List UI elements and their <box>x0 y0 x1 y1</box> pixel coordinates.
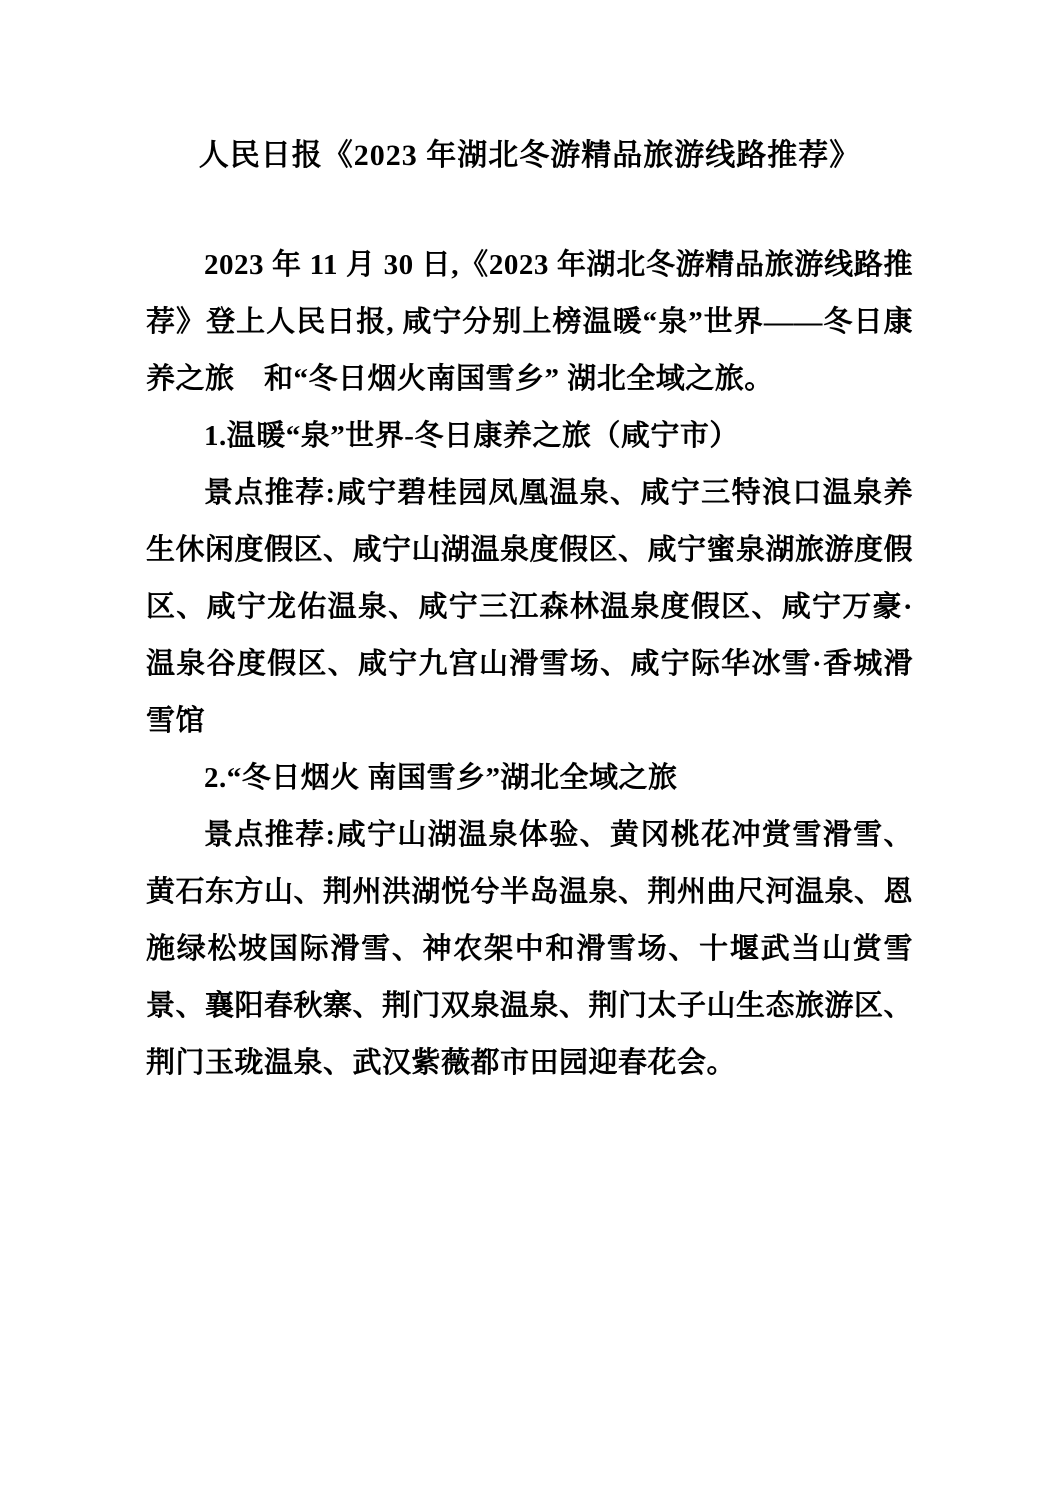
document-page: 人民日报《2023 年湖北冬游精品旅游线路推荐》 2023 年 11 月 30 … <box>0 0 1059 1497</box>
paragraph-route-1-heading: 1.温暖“泉”世界-冬日康养之旅（咸宁市） <box>146 408 913 465</box>
paragraph-route-2-heading: 2.“冬日烟火 南国雪乡”湖北全域之旅 <box>146 750 913 807</box>
paragraph-route-2-spots: 景点推荐:咸宁山湖温泉体验、黄冈桃花冲赏雪滑雪、黄石东方山、荆州洪湖悦兮半岛温泉… <box>146 807 913 1092</box>
paragraph-route-1-spots: 景点推荐:咸宁碧桂园凤凰温泉、咸宁三特浪口温泉养生休闲度假区、咸宁山湖温泉度假区… <box>146 465 913 750</box>
paragraph-intro: 2023 年 11 月 30 日,《2023 年湖北冬游精品旅游线路推荐》登上人… <box>146 237 913 408</box>
document-title: 人民日报《2023 年湖北冬游精品旅游线路推荐》 <box>146 133 913 178</box>
document-body: 2023 年 11 月 30 日,《2023 年湖北冬游精品旅游线路推荐》登上人… <box>146 237 913 1092</box>
